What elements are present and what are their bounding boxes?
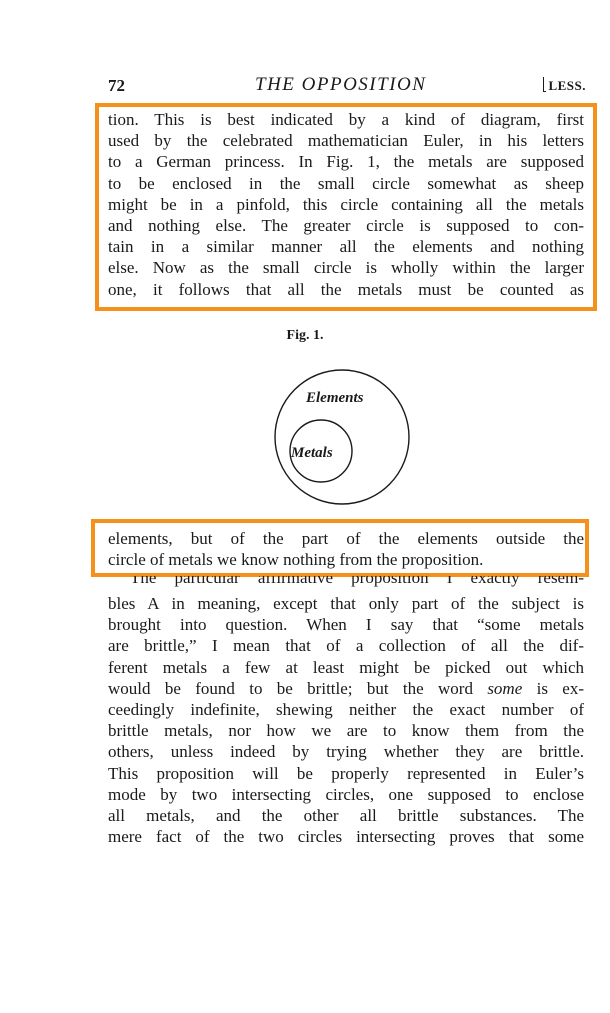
text-line: brought into question. When I say that “… [108, 614, 584, 635]
paragraph-2: bles A in meaning, except that only part… [108, 593, 584, 847]
highlighted-paragraph-1: tion. This is best indicated by a kind o… [108, 109, 584, 300]
book-page: 72 THE OPPOSITION LESS. tion. This is be… [0, 0, 610, 1013]
text-line: might be in a pinfold, this circle conta… [108, 194, 584, 215]
text-line: elements, but of the part of the element… [108, 528, 584, 549]
text-line: brittle metals, nor how we are to know t… [108, 720, 584, 741]
euler-diagram-svg: Elements Metals [270, 362, 415, 510]
text-line: all metals, and the other all brittle su… [108, 805, 584, 826]
section-reference: LESS. [543, 77, 586, 94]
text-line: ceedingly indefinite, shewing neither th… [108, 699, 584, 720]
page-number: 72 [108, 76, 125, 96]
text-line: mere fact of the two circles intersectin… [108, 826, 584, 847]
figure-caption: Fig. 1. [0, 328, 610, 344]
text-line: others, unless indeed by trying whether … [108, 741, 584, 762]
euler-diagram: Elements Metals [270, 362, 415, 510]
text-line-with-italic: would be found to be brittle; but the wo… [108, 678, 584, 699]
text-line: This proposition will be properly repres… [108, 763, 584, 784]
text-line: one, it follows that all the metals must… [108, 279, 584, 300]
text-line: and nothing else. The greater circle is … [108, 215, 584, 236]
text-line: ferent metals a few at least might be pi… [108, 657, 584, 678]
text-line: to a German princess. In Fig. 1, the met… [108, 151, 584, 172]
text-line: bles A in meaning, except that only part… [108, 593, 584, 614]
partially-hidden-line: The particular affirmative proposition I… [108, 576, 584, 588]
running-head: 72 THE OPPOSITION LESS. [108, 74, 586, 98]
outer-circle-label: Elements [305, 390, 364, 406]
italic-word: some [487, 679, 522, 698]
text-line: tain in a similar manner all the element… [108, 236, 584, 257]
inner-circle-label: Metals [290, 445, 333, 461]
text-line: to be enclosed in the small circle somew… [108, 173, 584, 194]
text-line: The particular affirmative proposition I… [108, 576, 584, 588]
text-line: circle of metals we know nothing from th… [108, 549, 584, 570]
running-title: THE OPPOSITION [255, 74, 426, 96]
text-segment: would be found to be brittle; but the wo… [108, 679, 487, 698]
text-line: else. Now as the small circle is wholly … [108, 257, 584, 278]
highlighted-paragraph-2: elements, but of the part of the element… [108, 528, 584, 570]
text-line: tion. This is best indicated by a kind o… [108, 109, 584, 130]
text-line: mode by two intersecting circles, one su… [108, 784, 584, 805]
text-line: used by the celebrated mathematician Eul… [108, 130, 584, 151]
text-line: are brittle,” I mean that of a collectio… [108, 635, 584, 656]
text-segment: is ex- [522, 679, 584, 698]
